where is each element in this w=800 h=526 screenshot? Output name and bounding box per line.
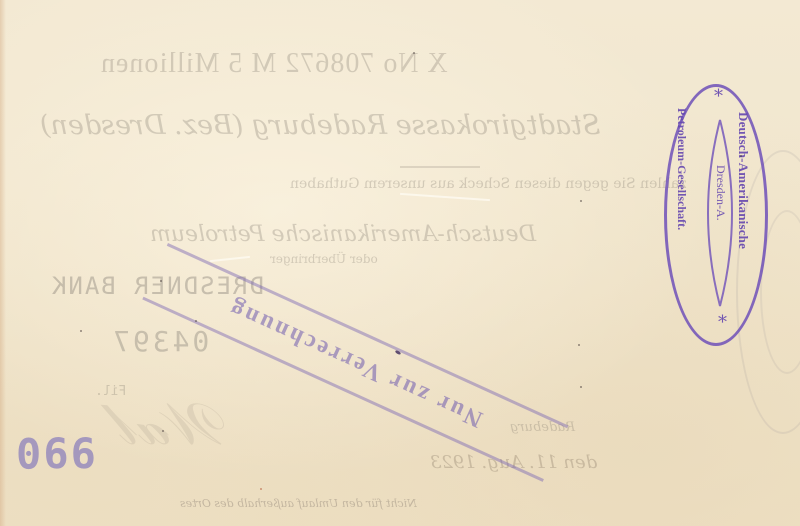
speck [578, 344, 580, 346]
speck [80, 330, 82, 332]
show-through-rule [400, 166, 480, 168]
speck [580, 386, 582, 388]
show-through-issuer: Stadtgirokasse Radeburg (Bez. Dresden) [40, 110, 600, 141]
oval-stamp-line1: Deutsch-Amerikanische [735, 112, 751, 249]
show-through-signature: 𝒲𝒶𝓁 [120, 390, 232, 459]
speck [260, 488, 262, 490]
number-stamp: 990 [14, 428, 96, 477]
paper-crease [210, 256, 250, 262]
oval-stamp-city: Dresden-A. [713, 165, 728, 221]
show-through-bearer: oder Überbringer [270, 252, 378, 266]
speck [740, 155, 742, 157]
show-through-serial: X No 708672 M 5 Millionen [100, 48, 448, 80]
paper-crease [400, 193, 490, 201]
speck [195, 320, 197, 322]
speck [580, 200, 582, 202]
crossing-stamp-text: Nur zur Verrechnung [224, 293, 487, 432]
speck [160, 280, 162, 282]
star-icon: * [714, 86, 723, 107]
show-through-instruction: zahlen Sie gegen diesen Scheck aus unser… [290, 176, 687, 192]
oval-stamp-line2: Petroleum-Gesellschaft. [674, 108, 689, 230]
scanned-document: X No 708672 M 5 Millionen Stadtgirokasse… [0, 0, 800, 526]
star-icon: * [718, 312, 727, 333]
show-through-bank-number: 04397 [110, 325, 209, 358]
show-through-footer: Nicht für den Umlauf außerhalb des Ortes [180, 497, 417, 510]
show-through-payee: Deutsch-Amerikanische Petroleum [150, 222, 536, 247]
speck [162, 430, 164, 432]
speck [413, 52, 415, 54]
